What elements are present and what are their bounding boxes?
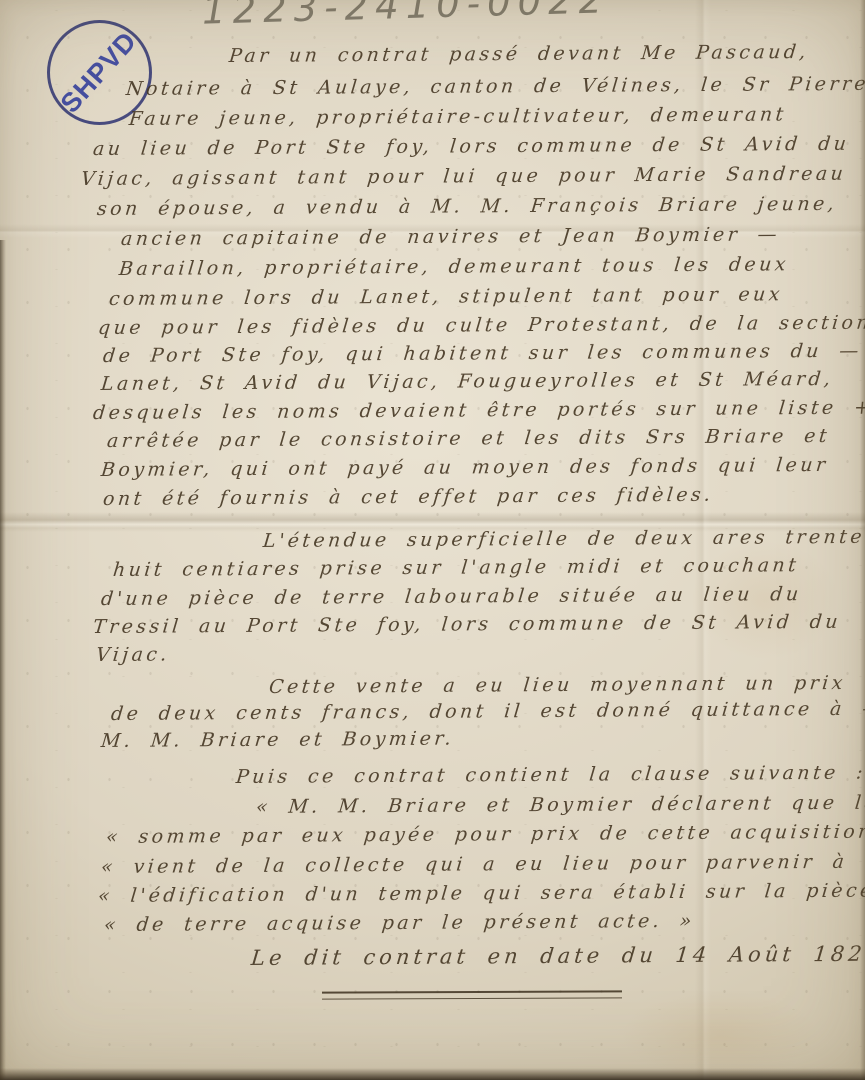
manuscript-line: Vijac. — [95, 643, 171, 666]
manuscript-line: huit centiares prise sur l'angle midi et… — [112, 554, 800, 581]
manuscript-line: Boymier, qui ont payé au moyen des fonds… — [100, 454, 830, 481]
manuscript-line: « M. M. Briare et Boymier déclarent que … — [255, 792, 865, 818]
manuscript-line: « l'édification d'un temple qui sera éta… — [97, 880, 865, 907]
manuscript-line: d'une pièce de terre labourable située a… — [100, 583, 803, 610]
manuscript-line: que pour les fidèles du culte Protestant… — [97, 312, 865, 339]
manuscript-line: ont été fournis à cet effet par ces fidè… — [102, 484, 715, 510]
manuscript-text-block: Par un contrat passé devant Me Pascaud,N… — [0, 0, 865, 1080]
manuscript-line: son épouse, a vendu à M. M. François Bri… — [96, 193, 838, 220]
manuscript-line: au lieu de Port Ste foy, lors commune de… — [92, 133, 850, 160]
manuscript-line: Baraillon, propriétaire, demeurant tous … — [118, 253, 790, 280]
manuscript-line: commune lors du Lanet, stipulent tant po… — [108, 283, 784, 310]
manuscript-line: « de terre acquise par le présent acte. … — [103, 910, 696, 936]
manuscript-line: Cette vente a eu lieu moyennant un prix — [268, 672, 847, 698]
manuscript-line: Faure jeune, propriétaire-cultivateur, d… — [128, 103, 788, 130]
manuscript-line: Notaire à St Aulaye, canton de Vélines, … — [125, 73, 865, 100]
scan-edge-right — [860, 0, 865, 1080]
scanned-document-page: 1223-2410-0022 SHPVD Par un contrat pass… — [0, 0, 865, 1080]
manuscript-line: Le dit contrat en date du 14 Août 1827. — [250, 942, 865, 970]
manuscript-line: de Port Ste foy, qui habitent sur les co… — [102, 340, 863, 367]
manuscript-line: Lanet, St Avid du Vijac, Fougueyrolles e… — [100, 368, 835, 395]
manuscript-line: arrêtée par le consistoire et les dits S… — [106, 425, 831, 452]
manuscript-line: « somme par eux payée pour prix de cette… — [105, 820, 865, 848]
manuscript-line: M. M. Briare et Boymier. — [100, 728, 455, 752]
closing-double-rule — [322, 990, 622, 999]
manuscript-line: ancien capitaine de navires et Jean Boym… — [120, 223, 781, 250]
scan-edge-left — [0, 240, 6, 1080]
manuscript-line: « vient de la collecte qui a eu lieu pou… — [100, 851, 865, 878]
manuscript-line: L'étendue superficielle de deux ares tre… — [262, 526, 865, 552]
manuscript-line: Tressil au Port Ste foy, lors commune de… — [92, 611, 842, 638]
manuscript-line: desquels les noms devaient être portés s… — [92, 397, 865, 424]
manuscript-line: Par un contrat passé devant Me Pascaud, — [228, 41, 810, 67]
manuscript-line: Vijac, agissant tant pour lui que pour M… — [80, 163, 847, 190]
manuscript-line: de deux cents francs, dont il est donné … — [110, 698, 865, 725]
scan-edge-bottom — [0, 1068, 865, 1080]
manuscript-line: Puis ce contrat contient la clause suiva… — [235, 762, 865, 788]
